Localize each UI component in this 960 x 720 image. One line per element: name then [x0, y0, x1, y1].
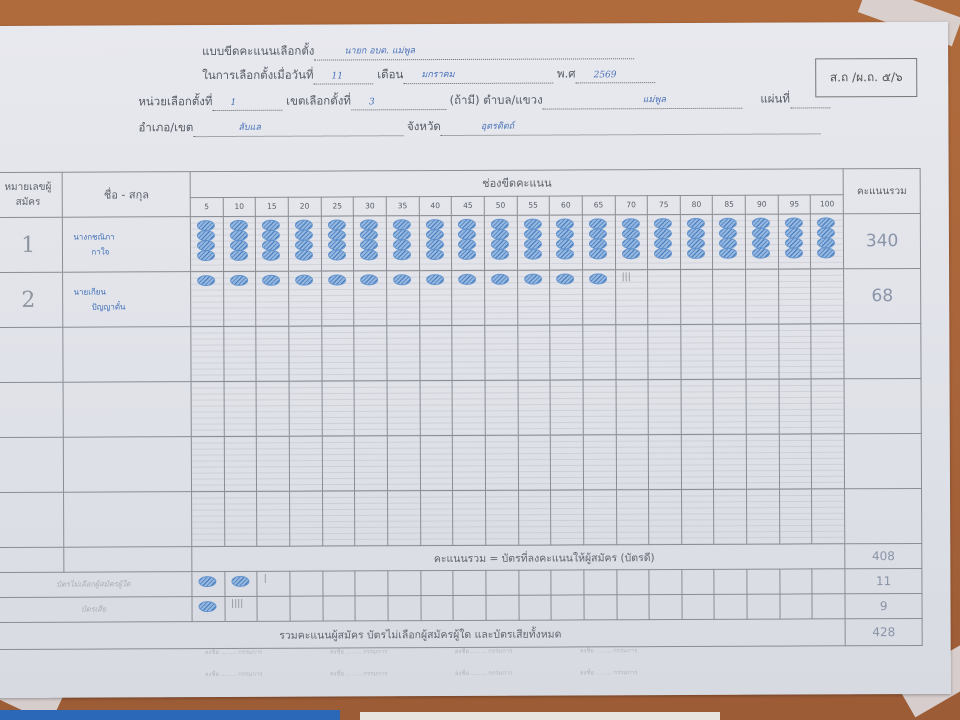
tally-cell — [616, 380, 649, 435]
tally-cell — [223, 326, 256, 381]
tally-mark — [229, 220, 247, 260]
tally-cell — [812, 569, 845, 594]
tick-header: 50 — [484, 196, 517, 216]
signature-line: ลงชื่อ ........ กรรมการ — [455, 646, 513, 656]
tick-header: 45 — [451, 196, 484, 216]
tally-mark — [327, 219, 345, 259]
tally-cell — [290, 596, 323, 621]
tally-cell — [421, 595, 454, 620]
tally-cell — [484, 215, 517, 270]
empty-row — [0, 433, 922, 492]
month-label: เดือน — [377, 67, 403, 81]
tally-cell — [713, 269, 746, 324]
tally-cell — [354, 381, 387, 436]
tick-header: 40 — [419, 196, 452, 216]
month-value: มกราคม — [421, 67, 454, 81]
tick-header: 10 — [223, 197, 256, 217]
tally-cell — [420, 380, 453, 435]
province-label: จังหวัด — [407, 119, 441, 133]
tally-cell — [453, 435, 486, 490]
tally-cell — [550, 435, 583, 490]
tally-cell — [289, 326, 322, 381]
tally-cell — [746, 269, 779, 324]
tally-mark — [687, 218, 705, 258]
candidate-total: 340 — [844, 213, 921, 268]
tally-cell — [812, 489, 845, 544]
tally-cell — [420, 435, 453, 490]
tally-cell — [648, 434, 681, 489]
tick-header: 70 — [615, 195, 648, 215]
tally-cell — [746, 434, 779, 489]
tally-cell — [550, 380, 583, 435]
tally-mark — [198, 601, 216, 611]
tally-cell — [224, 491, 257, 546]
header-total: คะแนนรวม — [843, 168, 920, 213]
tick-header: 65 — [582, 195, 615, 215]
tally-mark — [426, 274, 444, 284]
empty-cell — [0, 437, 64, 492]
tally-cell — [778, 269, 811, 324]
tally-cell — [780, 569, 813, 594]
tally-cell — [681, 379, 714, 434]
tick-header: 95 — [778, 194, 811, 214]
tally-cell — [714, 489, 747, 544]
tally-cell — [517, 325, 550, 380]
tally-cell — [387, 326, 420, 381]
subdistrict-value: แม่พูล — [643, 92, 666, 106]
tally-mark — [198, 576, 216, 586]
tally-cell — [355, 491, 388, 546]
tally-cell — [517, 270, 550, 325]
candidate-name: นางกชณิภากาใจ — [63, 217, 191, 273]
valid-sum-label: คะแนนรวม = บัตรที่ลงคะแนนให้ผู้สมัคร (บั… — [192, 544, 845, 572]
white-object — [360, 712, 720, 720]
header-tally: ช่องขีดคะแนน — [190, 169, 843, 197]
tally-cell — [192, 571, 225, 596]
tick-header: 30 — [354, 196, 387, 216]
tally-cell — [681, 324, 714, 379]
date-label: ในการเลือกตั้งเมื่อวันที่ — [202, 68, 313, 82]
candidate-row: 2นายเกียนปัญญาตั๋น|||68 — [0, 268, 921, 327]
tally-mark — [360, 219, 378, 259]
tally-cell — [714, 569, 747, 594]
date-line: ในการเลือกตั้งเมื่อวันที่11 เดือนมกราคม … — [202, 65, 655, 85]
tally-cell — [747, 594, 780, 619]
tally-remainder: | — [264, 574, 267, 584]
tally-cell — [713, 324, 746, 379]
signature-line: ลงชื่อ ........ กรรมการ — [205, 669, 263, 679]
tally-cell — [289, 381, 322, 436]
tally-mark — [393, 274, 411, 284]
tally-cell — [551, 570, 584, 595]
tally-cell — [485, 490, 518, 545]
tally-cell — [321, 271, 354, 326]
tally-cell — [256, 326, 289, 381]
candidate-number: 1 — [0, 217, 63, 272]
tally-cell — [387, 381, 420, 436]
tally-cell — [746, 379, 779, 434]
tally-cell — [256, 271, 289, 326]
empty-cell — [63, 327, 191, 383]
tally-mark — [458, 274, 476, 284]
signature-line: ลงชื่อ ........ กรรมการ — [455, 668, 513, 678]
signature-line: ลงชื่อ ........ กรรมการ — [205, 647, 263, 657]
tally-cell — [191, 436, 224, 491]
tally-mark — [491, 274, 509, 284]
tally-cell — [321, 216, 354, 271]
tally-cell — [714, 379, 747, 434]
tally-cell — [419, 270, 452, 325]
tally-cell — [486, 570, 519, 595]
grand-total-row: รวมคะแนนผู้สมัคร บัตรไม่เลือกผู้สมัครผู้… — [0, 618, 922, 649]
tally-remainder: ||| — [622, 272, 631, 282]
tally-mark — [817, 217, 835, 257]
tally-cell — [322, 381, 355, 436]
tally-cell — [484, 270, 517, 325]
tally-cell — [648, 214, 681, 269]
tick-header: 85 — [713, 195, 746, 215]
tally-cell — [648, 324, 681, 379]
tally-cell — [747, 569, 780, 594]
year-value: 2569 — [594, 70, 617, 80]
tally-mark — [556, 218, 574, 258]
tick-header: 15 — [256, 197, 289, 217]
unit-value: 1 — [230, 98, 236, 108]
tally-mark — [262, 220, 280, 260]
tally-cell — [747, 489, 780, 544]
tally-cell — [681, 434, 714, 489]
tally-cell — [257, 596, 290, 621]
tally-cell — [257, 491, 290, 546]
candidate-last-name: ปัญญาตั๋น — [74, 299, 191, 315]
empty-row — [0, 323, 921, 382]
tally-cell — [387, 491, 420, 546]
tally-cell — [615, 325, 648, 380]
tally-cell — [551, 595, 584, 620]
tally-cell — [322, 436, 355, 491]
form-code: ส.ถ /ผ.ถ. ๕/๖ — [815, 58, 917, 97]
tally-mark — [231, 576, 249, 586]
tally-cell — [745, 214, 778, 269]
signature-line: ลงชื่อ ........ กรรมการ — [580, 645, 638, 655]
tally-cell — [811, 214, 844, 269]
candidate-number: 2 — [0, 272, 63, 327]
tally-mark — [458, 219, 476, 259]
tally-cell — [453, 490, 486, 545]
tally-cell — [615, 215, 648, 270]
tally-cell — [550, 270, 583, 325]
tally-cell — [812, 594, 845, 619]
tally-cell — [550, 215, 583, 270]
header-candidate-number: หมายเลขผู้สมัคร — [0, 172, 63, 217]
subdistrict-label: (ถ้ามี) ตำบล/แขวง — [450, 93, 543, 107]
tally-cell: ||| — [615, 270, 648, 325]
tally-cell — [518, 490, 551, 545]
tally-cell — [485, 435, 518, 490]
year-label: พ.ศ — [557, 66, 576, 80]
empty-cell — [845, 488, 922, 543]
empty-row — [0, 488, 922, 547]
tally-mark — [230, 275, 248, 285]
tally-mark — [360, 274, 378, 284]
candidate-last-name: กาใจ — [73, 244, 190, 260]
tally-cell — [811, 269, 844, 324]
empty-cell — [845, 433, 922, 488]
empty-cell — [844, 323, 921, 378]
tally-mark — [197, 220, 215, 260]
tally-cell — [191, 271, 224, 326]
tally-cell — [192, 491, 225, 546]
tally-cell — [518, 570, 551, 595]
tally-cell — [582, 270, 615, 325]
empty-cell — [63, 382, 191, 438]
empty-cell — [0, 492, 64, 547]
tally-remainder: |||| — [231, 599, 243, 609]
tally-cell — [191, 326, 224, 381]
tally-cell — [779, 434, 812, 489]
tally-mark — [654, 218, 672, 258]
tally-cell — [453, 570, 486, 595]
tally-cell — [388, 596, 421, 621]
zone-label: เขตเลือกตั้งที่ — [286, 93, 351, 107]
district-value: ลับแล — [238, 120, 261, 134]
candidate-first-name: นางกชณิภา — [73, 229, 190, 245]
tally-cell — [682, 569, 715, 594]
candidate-name: นายเกียนปัญญาตั๋น — [63, 272, 191, 328]
unit-label: หน่วยเลือกตั้งที่ — [138, 94, 212, 108]
tally-cell — [322, 491, 355, 546]
empty-row — [0, 378, 921, 437]
tally-cell — [648, 379, 681, 434]
tally-mark — [556, 273, 574, 283]
tally-cell — [191, 381, 224, 436]
invalid-row: บัตรเสีย||||9 — [0, 593, 922, 622]
tally-cell — [290, 571, 323, 596]
tally-cell — [419, 325, 452, 380]
tally-cell — [616, 570, 649, 595]
tally-cell — [648, 269, 681, 324]
candidate-first-name: นายเกียน — [74, 284, 191, 300]
date-day: 11 — [332, 71, 343, 81]
tally-cell — [811, 324, 844, 379]
signature-line: ลงชื่อ ........ กรรมการ — [330, 668, 388, 678]
unit-line: หน่วยเลือกตั้งที่1 เขตเลือกตั้งที่3 (ถ้า… — [138, 90, 830, 111]
empty-cell — [0, 547, 64, 572]
valid-sum-total: 408 — [845, 543, 922, 568]
tally-cell — [354, 216, 387, 271]
tally-cell — [288, 216, 321, 271]
tick-header: 60 — [549, 195, 582, 215]
tally-mark — [328, 274, 346, 284]
tick-header: 35 — [386, 196, 419, 216]
candidate-total: 68 — [844, 268, 921, 323]
tally-cell — [680, 214, 713, 269]
tally-cell — [617, 595, 650, 620]
tally-cell — [746, 324, 779, 379]
title-label: แบบขีดคะแนนเลือกตั้ง — [202, 44, 314, 58]
tally-mark — [524, 274, 542, 284]
tally-cell — [452, 325, 485, 380]
tally-cell — [322, 571, 355, 596]
tally-cell — [355, 596, 388, 621]
zone-value: 3 — [369, 97, 375, 107]
tally-cell — [419, 215, 452, 270]
no-vote-label: บัตรไม่เลือกผู้สมัครผู้ใด — [0, 572, 192, 598]
tally-cell — [354, 326, 387, 381]
tally-cell — [680, 269, 713, 324]
tally-cell — [289, 436, 322, 491]
tick-header: 90 — [745, 195, 778, 215]
tally-mark — [752, 218, 770, 258]
tick-header: 5 — [190, 197, 223, 217]
tally-cell — [518, 380, 551, 435]
tally-cell — [649, 594, 682, 619]
tally-cell — [388, 571, 421, 596]
province-value: อุตรดิตถ์ — [481, 119, 514, 133]
grand-total-value: 428 — [845, 618, 922, 645]
tally-cell — [616, 435, 649, 490]
tally-cell — [812, 379, 845, 434]
tally-cell — [583, 435, 616, 490]
tally-cell — [682, 594, 715, 619]
tick-header: 25 — [321, 196, 354, 216]
tally-cell — [256, 216, 289, 271]
tick-header: 55 — [517, 196, 550, 216]
tally-cell — [518, 435, 551, 490]
tally-cell — [486, 595, 519, 620]
tally-cell — [257, 436, 290, 491]
tally-cell — [779, 324, 812, 379]
empty-cell — [0, 327, 63, 382]
tally-cell — [780, 594, 813, 619]
tally-cell — [583, 325, 616, 380]
tally-cell — [584, 570, 617, 595]
sheet-label: แผ่นที่ — [760, 92, 790, 106]
tally-cell — [681, 489, 714, 544]
no-vote-total: 11 — [845, 568, 922, 593]
tally-cell — [289, 491, 322, 546]
header-name: ชื่อ - สกุล — [63, 172, 191, 218]
tally-cell — [714, 434, 747, 489]
tally-cell — [485, 380, 518, 435]
tally-cell — [224, 381, 257, 436]
tally-cell — [420, 490, 453, 545]
tally-mark — [197, 275, 215, 285]
tally-cell — [321, 326, 354, 381]
tally-cell — [583, 490, 616, 545]
invalid-label: บัตรเสีย — [0, 597, 192, 623]
empty-cell — [64, 437, 192, 493]
tick-header: 80 — [680, 195, 713, 215]
tally-cell — [582, 215, 615, 270]
tally-cell — [289, 271, 322, 326]
tally-cell — [224, 436, 257, 491]
invalid-total: 9 — [845, 593, 922, 618]
tally-cell: |||| — [225, 596, 258, 621]
tally-mark — [393, 219, 411, 259]
tally-cell — [584, 595, 617, 620]
tally-table: หมายเลขผู้สมัคร ชื่อ - สกุล ช่องขีดคะแนน… — [0, 168, 915, 650]
tally-cell — [323, 596, 356, 621]
tally-cell — [256, 381, 289, 436]
empty-cell — [64, 547, 192, 573]
tally-cell — [779, 489, 812, 544]
tally-cell — [190, 216, 223, 271]
empty-cell — [64, 492, 192, 548]
tally-cell — [485, 325, 518, 380]
tally-cell — [452, 270, 485, 325]
empty-cell — [844, 378, 921, 433]
title-line: แบบขีดคะแนนเลือกตั้งนายก อบต. แม่พูล — [202, 41, 634, 61]
tally-mark — [589, 218, 607, 258]
tally-cell — [354, 271, 387, 326]
tally-cell — [550, 325, 583, 380]
tally-cell — [225, 571, 258, 596]
tally-mark — [491, 219, 509, 259]
district-label: อำเภอ/เขต — [138, 120, 193, 134]
tally-mark — [785, 217, 803, 257]
tally-mark — [262, 275, 280, 285]
tally-cell — [714, 594, 747, 619]
tally-cell — [517, 215, 550, 270]
tally-cell: | — [257, 571, 290, 596]
tick-header: 20 — [288, 197, 321, 217]
title-value: นายก อบต. แม่พูล — [344, 43, 415, 57]
empty-cell — [0, 382, 64, 437]
tally-cell — [583, 380, 616, 435]
candidate-row: 1นางกชณิภากาใจ340 — [0, 213, 921, 272]
tally-cell — [551, 490, 584, 545]
tally-mark — [719, 218, 737, 258]
tally-cell — [355, 436, 388, 491]
grand-total-label: รวมคะแนนผู้สมัคร บัตรไม่เลือกผู้สมัครผู้… — [0, 619, 846, 650]
tally-cell — [519, 595, 552, 620]
tally-cell — [223, 216, 256, 271]
tally-mark — [589, 273, 607, 283]
tally-cell — [616, 490, 649, 545]
tally-cell — [452, 380, 485, 435]
tally-cell — [779, 379, 812, 434]
tally-cell — [386, 216, 419, 271]
district-line: อำเภอ/เขตลับแล จังหวัดอุตรดิตถ์ — [138, 116, 821, 137]
signature-line: ลงชื่อ ........ กรรมการ — [580, 667, 638, 677]
tally-cell — [387, 436, 420, 491]
tally-cell — [355, 571, 388, 596]
blue-object — [0, 710, 340, 720]
tally-mark — [621, 218, 639, 258]
signature-line: ลงชื่อ ........ กรรมการ — [330, 646, 388, 656]
tally-cell — [452, 215, 485, 270]
tally-cell — [649, 569, 682, 594]
tally-mark — [523, 219, 541, 259]
tally-cell — [812, 434, 845, 489]
tally-mark — [295, 275, 313, 285]
tally-cell — [713, 214, 746, 269]
tally-sheet: ส.ถ /ผ.ถ. ๕/๖ แบบขีดคะแนนเลือกตั้งนายก อ… — [0, 22, 951, 698]
tick-header: 100 — [811, 194, 844, 214]
tally-cell — [420, 570, 453, 595]
tally-cell — [223, 271, 256, 326]
tick-header: 75 — [647, 195, 680, 215]
tally-cell — [649, 489, 682, 544]
tally-cell — [453, 595, 486, 620]
tally-cell — [192, 596, 225, 621]
tally-cell — [778, 214, 811, 269]
tally-cell — [386, 271, 419, 326]
tally-mark — [425, 219, 443, 259]
tally-mark — [295, 220, 313, 260]
